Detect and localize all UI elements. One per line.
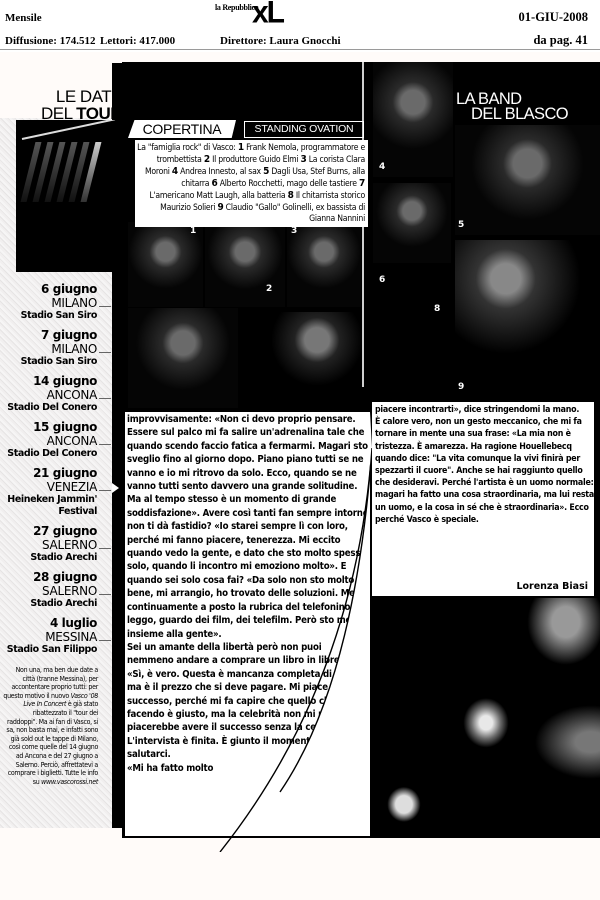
tour-heading-tour: TOUR (76, 104, 122, 123)
clothes-rack-image (16, 120, 118, 272)
caption-intro: La "famiglia rock" di Vasco: (137, 143, 238, 153)
section-label: COPERTINA (128, 120, 236, 138)
tour-blurb: Non una, ma ben due date a città (tranne… (2, 666, 98, 786)
tour-venue: Stadio San Filippo (0, 644, 97, 656)
issue-date: 01-GIU-2008 (519, 10, 588, 25)
header-divider (0, 49, 600, 50)
tour-date-item: 21 giugnoVENEZIAHeineken Jammin' Festiva… (0, 466, 97, 518)
tour-date: 14 giugno (0, 374, 97, 388)
tour-heading: LE DATE DEL TOUR (10, 88, 122, 122)
clipping-header: Mensile la Repubblica xL 01-GIU-2008 Dif… (0, 0, 600, 52)
section-rubric: STANDING OVATION (244, 121, 364, 138)
photo-number: 8 (434, 304, 440, 314)
tour-date: 15 giugno (0, 420, 97, 434)
magazine-logo: xL (252, 0, 283, 31)
periodicity: Mensile (5, 12, 42, 24)
tour-city: SALERNO (0, 538, 97, 552)
tour-heading-line2: DEL TOUR (10, 105, 122, 122)
tour-date: 28 giugno (0, 570, 97, 584)
photo-number: 3 (291, 226, 297, 236)
photo-number: 1 (190, 226, 196, 236)
article-paragraph: piacere incontrarti», dice stringendomi … (375, 404, 594, 416)
tour-city: MESSINA (0, 630, 97, 644)
article-paragraph: improvvisamente: «Non ci devo proprio pe… (127, 413, 370, 641)
caption-number: 5 (263, 166, 269, 177)
circulation: Diffusione: 174.512 (5, 35, 95, 47)
article-paragraph: L'intervista è finita. È giunto il momen… (127, 735, 370, 762)
photo-number: 2 (266, 284, 272, 294)
tour-venue: Stadio San Siro (0, 356, 97, 368)
caption-text: Claudio "Gallo" Golinelli, ex bassista d… (226, 203, 365, 224)
photo-number: 9 (458, 382, 464, 392)
tour-date: 6 giugno (0, 282, 97, 296)
tour-city: MILANO (0, 342, 97, 356)
tour-city: VENEZIA (0, 480, 97, 494)
tour-dates-list: 6 giugnoMILANOStadio San Siro 7 giugnoMI… (0, 282, 97, 662)
blurb-website-link[interactable]: www.vascorossi.net (41, 778, 98, 786)
editor: Direttore: Laura Gnocchi (220, 35, 341, 47)
photo-guido-elmi: 2 (205, 222, 285, 307)
blurb-text: è già stato ribattezzato il "tour dei ra… (6, 700, 98, 785)
tour-venue: Stadio Arechi (0, 598, 97, 610)
photo-frank-nemola: 1 (128, 222, 203, 307)
tour-venue: Stadio Arechi (0, 552, 97, 564)
photo-vasco-closeup (372, 598, 600, 838)
photo-number: 6 (379, 275, 385, 285)
caption-text: Il produttore Guido Elmi (212, 155, 298, 165)
tour-date-item: 15 giugnoANCONAStadio Del Conero (0, 420, 97, 460)
tour-date: 4 luglio (0, 616, 97, 630)
tour-venue: Stadio San Siro (0, 310, 97, 322)
caption-text: Alberto Rocchetti, mago delle tastiere (220, 179, 357, 189)
photo-caption: La "famiglia rock" di Vasco: 1 Frank Nem… (135, 140, 368, 227)
photo-number: 5 (458, 220, 464, 230)
tour-date-item: 27 giugnoSALERNOStadio Arechi (0, 524, 97, 564)
article-paragraph: Sei un amante della libertà però non puo… (127, 641, 370, 735)
tour-heading-del: DEL (41, 104, 76, 123)
caption-text: L'americano Matt Laugh, alla batteria (149, 191, 285, 201)
article-paragraph: «Mi ha fatto molto (127, 762, 370, 775)
tour-city: ANCONA (0, 434, 97, 448)
readers: Lettori: 417.000 (100, 35, 175, 47)
caption-number: 4 (172, 166, 178, 177)
caption-number: 2 (204, 154, 210, 165)
photo-claudio-golinelli: 89 (455, 240, 600, 395)
tour-date-item: 28 giugnoSALERNOStadio Arechi (0, 570, 97, 610)
photo-number: 4 (379, 162, 385, 172)
photo-alberto-rocchetti: 6 (373, 183, 451, 263)
caption-text: Andrea Innesto, al sax (180, 167, 261, 177)
band-heading: LA BAND DEL BLASCO (456, 92, 568, 122)
tour-date: 7 giugno (0, 328, 97, 342)
photo-vasco (245, 312, 365, 412)
caption-number: 7 (359, 178, 365, 189)
caption-number: 9 (217, 202, 223, 213)
tour-venue: Stadio Del Conero (0, 402, 97, 414)
caption-number: 3 (301, 154, 307, 165)
tour-city: ANCONA (0, 388, 97, 402)
tour-date: 27 giugno (0, 524, 97, 538)
author-signature: Lorenza Biasi (516, 581, 588, 592)
tour-date-item: 7 giugnoMILANOStadio San Siro (0, 328, 97, 368)
caption-number: 1 (238, 142, 244, 153)
tour-date: 21 giugno (0, 466, 97, 480)
tour-city: MILANO (0, 296, 97, 310)
band-heading-line2: DEL BLASCO (456, 107, 568, 122)
tour-venue: Heineken Jammin' Festival (0, 494, 97, 518)
tour-date-item: 4 luglioMESSINAStadio San Filippo (0, 616, 97, 656)
tour-city: SALERNO (0, 584, 97, 598)
pointer-arrow-icon (112, 483, 119, 493)
caption-number: 8 (288, 190, 294, 201)
page-number: da pag. 41 (533, 33, 588, 48)
photo-stef-burns: 5 (455, 125, 600, 235)
photo-andrea-innesto: 4 (373, 62, 453, 177)
photo-matt-laugh (128, 308, 238, 408)
article-left-column: improvvisamente: «Non ci devo proprio pe… (125, 412, 370, 836)
tour-date-item: 14 giugnoANCONAStadio Del Conero (0, 374, 97, 414)
tour-venue: Stadio Del Conero (0, 448, 97, 460)
photo-clara-moroni: 3 (287, 222, 361, 307)
tour-heading-line1: LE DATE (10, 88, 122, 105)
caption-number: 6 (212, 178, 218, 189)
article-right-column: piacere incontrarti», dice stringendomi … (372, 402, 594, 596)
tour-date-item: 6 giugnoMILANOStadio San Siro (0, 282, 97, 322)
article-paragraph: È calore vero, non un gesto meccanico, c… (375, 416, 594, 526)
